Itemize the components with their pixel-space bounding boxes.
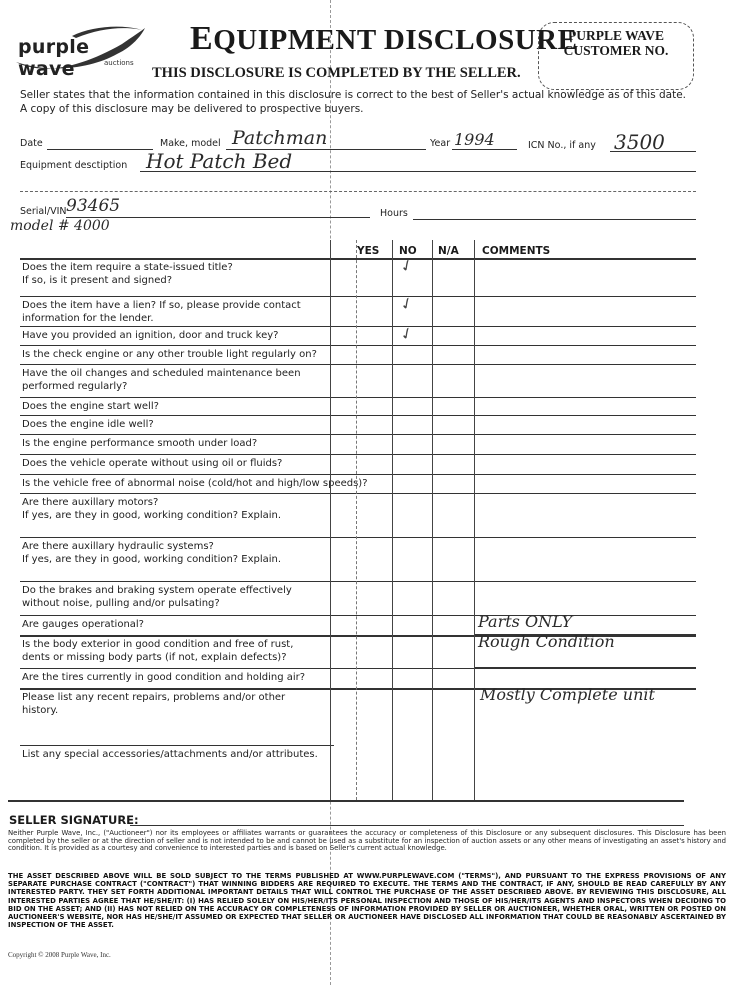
question-text: Does the engine start well? xyxy=(22,400,159,413)
question-text: Is the check engine or any other trouble… xyxy=(22,348,317,361)
year-value: 1994 xyxy=(454,130,495,149)
answer-cell-yes[interactable] xyxy=(356,474,392,493)
equipment-description-label: Equipment desctiption xyxy=(20,160,127,171)
answer-cell-yes[interactable] xyxy=(356,615,392,635)
question-text: Does the vehicle operate without using o… xyxy=(22,457,282,470)
answer-cell-no[interactable] xyxy=(392,537,432,581)
answer-cell-yes[interactable] xyxy=(356,581,392,615)
row-divider xyxy=(20,745,334,746)
answer-cell-no[interactable] xyxy=(392,454,432,474)
copyright-text: Copyright © 2008 Purple Wave, Inc. xyxy=(8,951,111,959)
customer-box-label: PURPLE WAVECUSTOMER NO. xyxy=(539,28,693,58)
serial-value: 93465 xyxy=(66,196,120,216)
question-text: Are there auxillary motors?If yes, are t… xyxy=(22,496,281,522)
equipment-description-value: Hot Patch Bed xyxy=(146,149,292,173)
answer-cell-no[interactable] xyxy=(392,345,432,364)
column-header-comments: COMMENTS xyxy=(482,245,550,257)
checkmark-icon: ✓ xyxy=(397,254,417,277)
checkmark-icon: ✓ xyxy=(397,322,417,345)
logo-subtext: auctions xyxy=(104,59,134,67)
equipment-description-line-2[interactable] xyxy=(20,191,696,192)
answer-cell-yes[interactable] xyxy=(356,345,392,364)
make-model-value: Patchman xyxy=(232,127,327,149)
column-header-no: NO xyxy=(399,245,417,257)
column-header-yes: YES xyxy=(357,245,379,257)
page-subtitle: THIS DISCLOSURE IS COMPLETED BY THE SELL… xyxy=(152,65,521,82)
answer-cell-na[interactable] xyxy=(432,434,474,454)
column-divider xyxy=(474,240,475,800)
answer-cell-yes[interactable] xyxy=(356,415,392,434)
logo-wordmark: purple wave xyxy=(18,36,147,80)
answer-cell-na[interactable] xyxy=(432,635,474,668)
answer-cell-yes[interactable] xyxy=(356,668,392,688)
answer-cell-yes[interactable] xyxy=(356,326,392,345)
answer-cell-no[interactable] xyxy=(392,397,432,415)
answer-cell-yes[interactable] xyxy=(356,364,392,397)
question-text: Are gauges operational? xyxy=(22,618,144,631)
year-field[interactable] xyxy=(452,149,517,150)
hours-label: Hours xyxy=(380,208,408,219)
answer-cell-no[interactable] xyxy=(392,615,432,635)
column-header-na: N/A xyxy=(438,245,459,257)
hours-field[interactable] xyxy=(413,219,696,220)
answer-cell-na[interactable] xyxy=(432,745,474,795)
answer-cell-no[interactable] xyxy=(392,688,432,745)
answer-cell-no[interactable] xyxy=(392,635,432,668)
answer-cell-yes[interactable] xyxy=(356,537,392,581)
answer-cell-na[interactable] xyxy=(432,345,474,364)
icn-value: 3500 xyxy=(614,130,665,154)
icn-label: ICN No., if any xyxy=(528,140,596,151)
checkmark-icon: ✓ xyxy=(397,292,417,315)
answer-cell-na[interactable] xyxy=(432,688,474,745)
answer-cell-na[interactable] xyxy=(432,397,474,415)
intro-line-1: Seller states that the information conta… xyxy=(20,89,686,101)
question-text: List any special accessories/attachments… xyxy=(22,748,318,761)
header-rule xyxy=(474,258,696,259)
answer-cell-yes[interactable] xyxy=(356,296,392,326)
comment-cell[interactable]: Rough Condition xyxy=(478,632,615,651)
terms-text: THE ASSET DESCRIBED ABOVE WILL BE SOLD S… xyxy=(8,872,726,929)
comment-cell[interactable]: Mostly Complete unit xyxy=(480,685,655,704)
intro-line-2: A copy of this disclosure may be deliver… xyxy=(20,103,364,115)
answer-cell-yes[interactable] xyxy=(356,745,392,795)
seller-signature-label: SELLER SIGNATURE: xyxy=(9,813,139,827)
question-text: Does the item have a lien? If so, please… xyxy=(22,299,301,325)
column-divider xyxy=(356,240,357,800)
answer-cell-yes[interactable] xyxy=(356,258,392,296)
column-divider xyxy=(392,240,393,800)
answer-cell-no[interactable] xyxy=(392,434,432,454)
answer-cell-na[interactable] xyxy=(432,258,474,296)
answer-cell-na[interactable] xyxy=(432,326,474,345)
answer-cell-na[interactable] xyxy=(432,537,474,581)
disclaimer-text: Neither Purple Wave, Inc., ("Auctioneer"… xyxy=(8,830,726,853)
answer-cell-yes[interactable] xyxy=(356,688,392,745)
answer-cell-no[interactable]: ✓ xyxy=(392,258,432,296)
answer-cell-no[interactable] xyxy=(392,668,432,688)
answer-cell-na[interactable] xyxy=(432,668,474,688)
answer-cell-no[interactable] xyxy=(392,364,432,397)
question-text: Have the oil changes and scheduled maint… xyxy=(22,367,301,393)
answer-cell-na[interactable] xyxy=(432,615,474,635)
answer-cell-no[interactable] xyxy=(392,474,432,493)
question-text: Is the vehicle free of abnormal noise (c… xyxy=(22,477,368,490)
question-text: Please list any recent repairs, problems… xyxy=(22,691,285,717)
answer-cell-no[interactable]: ✓ xyxy=(392,326,432,345)
serial-label: Serial/VIN xyxy=(20,206,67,217)
purple-wave-logo: purple wave auctions xyxy=(12,22,147,72)
answer-cell-yes[interactable] xyxy=(356,454,392,474)
serial-note: model # 4000 xyxy=(10,218,110,234)
answer-cell-na[interactable] xyxy=(432,581,474,615)
question-text: Have you provided an ignition, door and … xyxy=(22,329,278,342)
question-text: Do the brakes and braking system operate… xyxy=(22,584,292,610)
question-text: Is the engine performance smooth under l… xyxy=(22,437,257,450)
column-divider xyxy=(330,240,331,800)
page-title: EQUIPMENT DISCLOSURE xyxy=(190,20,577,58)
serial-field[interactable] xyxy=(66,217,370,218)
answer-cell-na[interactable] xyxy=(432,415,474,434)
question-text: Does the item require a state-issued tit… xyxy=(22,261,233,287)
answer-cell-yes[interactable] xyxy=(356,397,392,415)
answer-cell-na[interactable] xyxy=(432,474,474,493)
answer-cell-na[interactable] xyxy=(432,364,474,397)
date-field[interactable] xyxy=(47,149,153,150)
make-model-label: Make, model xyxy=(160,138,221,149)
answer-cell-yes[interactable] xyxy=(356,434,392,454)
seller-signature-field[interactable] xyxy=(130,825,684,826)
question-text: Are there auxillary hydraulic systems?If… xyxy=(22,540,281,566)
answer-cell-na[interactable] xyxy=(432,296,474,326)
title-initial: E xyxy=(190,20,213,57)
answer-cell-no[interactable] xyxy=(392,415,432,434)
answer-cell-na[interactable] xyxy=(432,454,474,474)
answer-cell-yes[interactable] xyxy=(356,493,392,537)
date-label: Date xyxy=(20,138,43,149)
answer-cell-no[interactable] xyxy=(392,493,432,537)
column-divider xyxy=(432,240,433,800)
question-text: Is the body exterior in good condition a… xyxy=(22,638,293,664)
answer-cell-no[interactable] xyxy=(392,581,432,615)
answer-cell-yes[interactable] xyxy=(356,635,392,668)
title-rest: QUIPMENT DISCLOSURE xyxy=(213,24,577,56)
answer-cell-no[interactable] xyxy=(392,745,432,795)
year-label: Year xyxy=(430,138,450,149)
answer-cell-na[interactable] xyxy=(432,493,474,537)
question-text: Does the engine idle well? xyxy=(22,418,154,431)
answer-cell-no[interactable]: ✓ xyxy=(392,296,432,326)
comment-cell[interactable]: Parts ONLY xyxy=(478,612,572,631)
question-text: Are the tires currently in good conditio… xyxy=(22,671,305,684)
signature-top-rule xyxy=(8,800,684,802)
customer-number-box[interactable]: PURPLE WAVECUSTOMER NO. xyxy=(538,22,694,90)
